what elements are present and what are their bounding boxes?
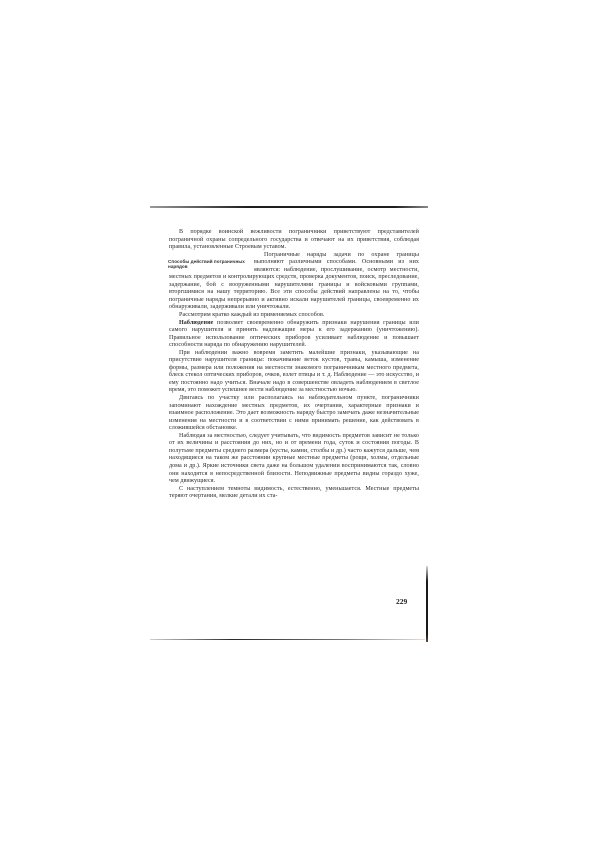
page-number: 229 bbox=[396, 597, 407, 606]
scan-border-top bbox=[150, 206, 428, 208]
scan-border-right bbox=[426, 566, 428, 642]
paragraph-signs: При наблюдении важно вовремя заметить ма… bbox=[169, 350, 419, 395]
term-observation: Наблюдение bbox=[179, 320, 213, 326]
paragraph-darkness: С наступлением темноты видимость, естест… bbox=[169, 486, 419, 501]
paragraph-visibility: Наблюдая за местностью, следует учитыват… bbox=[169, 433, 419, 486]
paragraph-overview: Рассмотрим кратко каждый из применяемых … bbox=[169, 312, 419, 320]
scan-border-bottom bbox=[150, 639, 425, 640]
side-heading: Способы действий пограничных нарядов bbox=[168, 259, 246, 270]
paragraph-courtesy: В порядке воинской вежливости погранични… bbox=[169, 229, 419, 252]
book-page-body: В порядке воинской вежливости погранични… bbox=[169, 229, 419, 501]
paragraph-movement: Двигаясь по участку или располагаясь на … bbox=[169, 395, 419, 433]
paragraph-observation: Наблюдение позволяет своевременно обнару… bbox=[169, 320, 419, 350]
